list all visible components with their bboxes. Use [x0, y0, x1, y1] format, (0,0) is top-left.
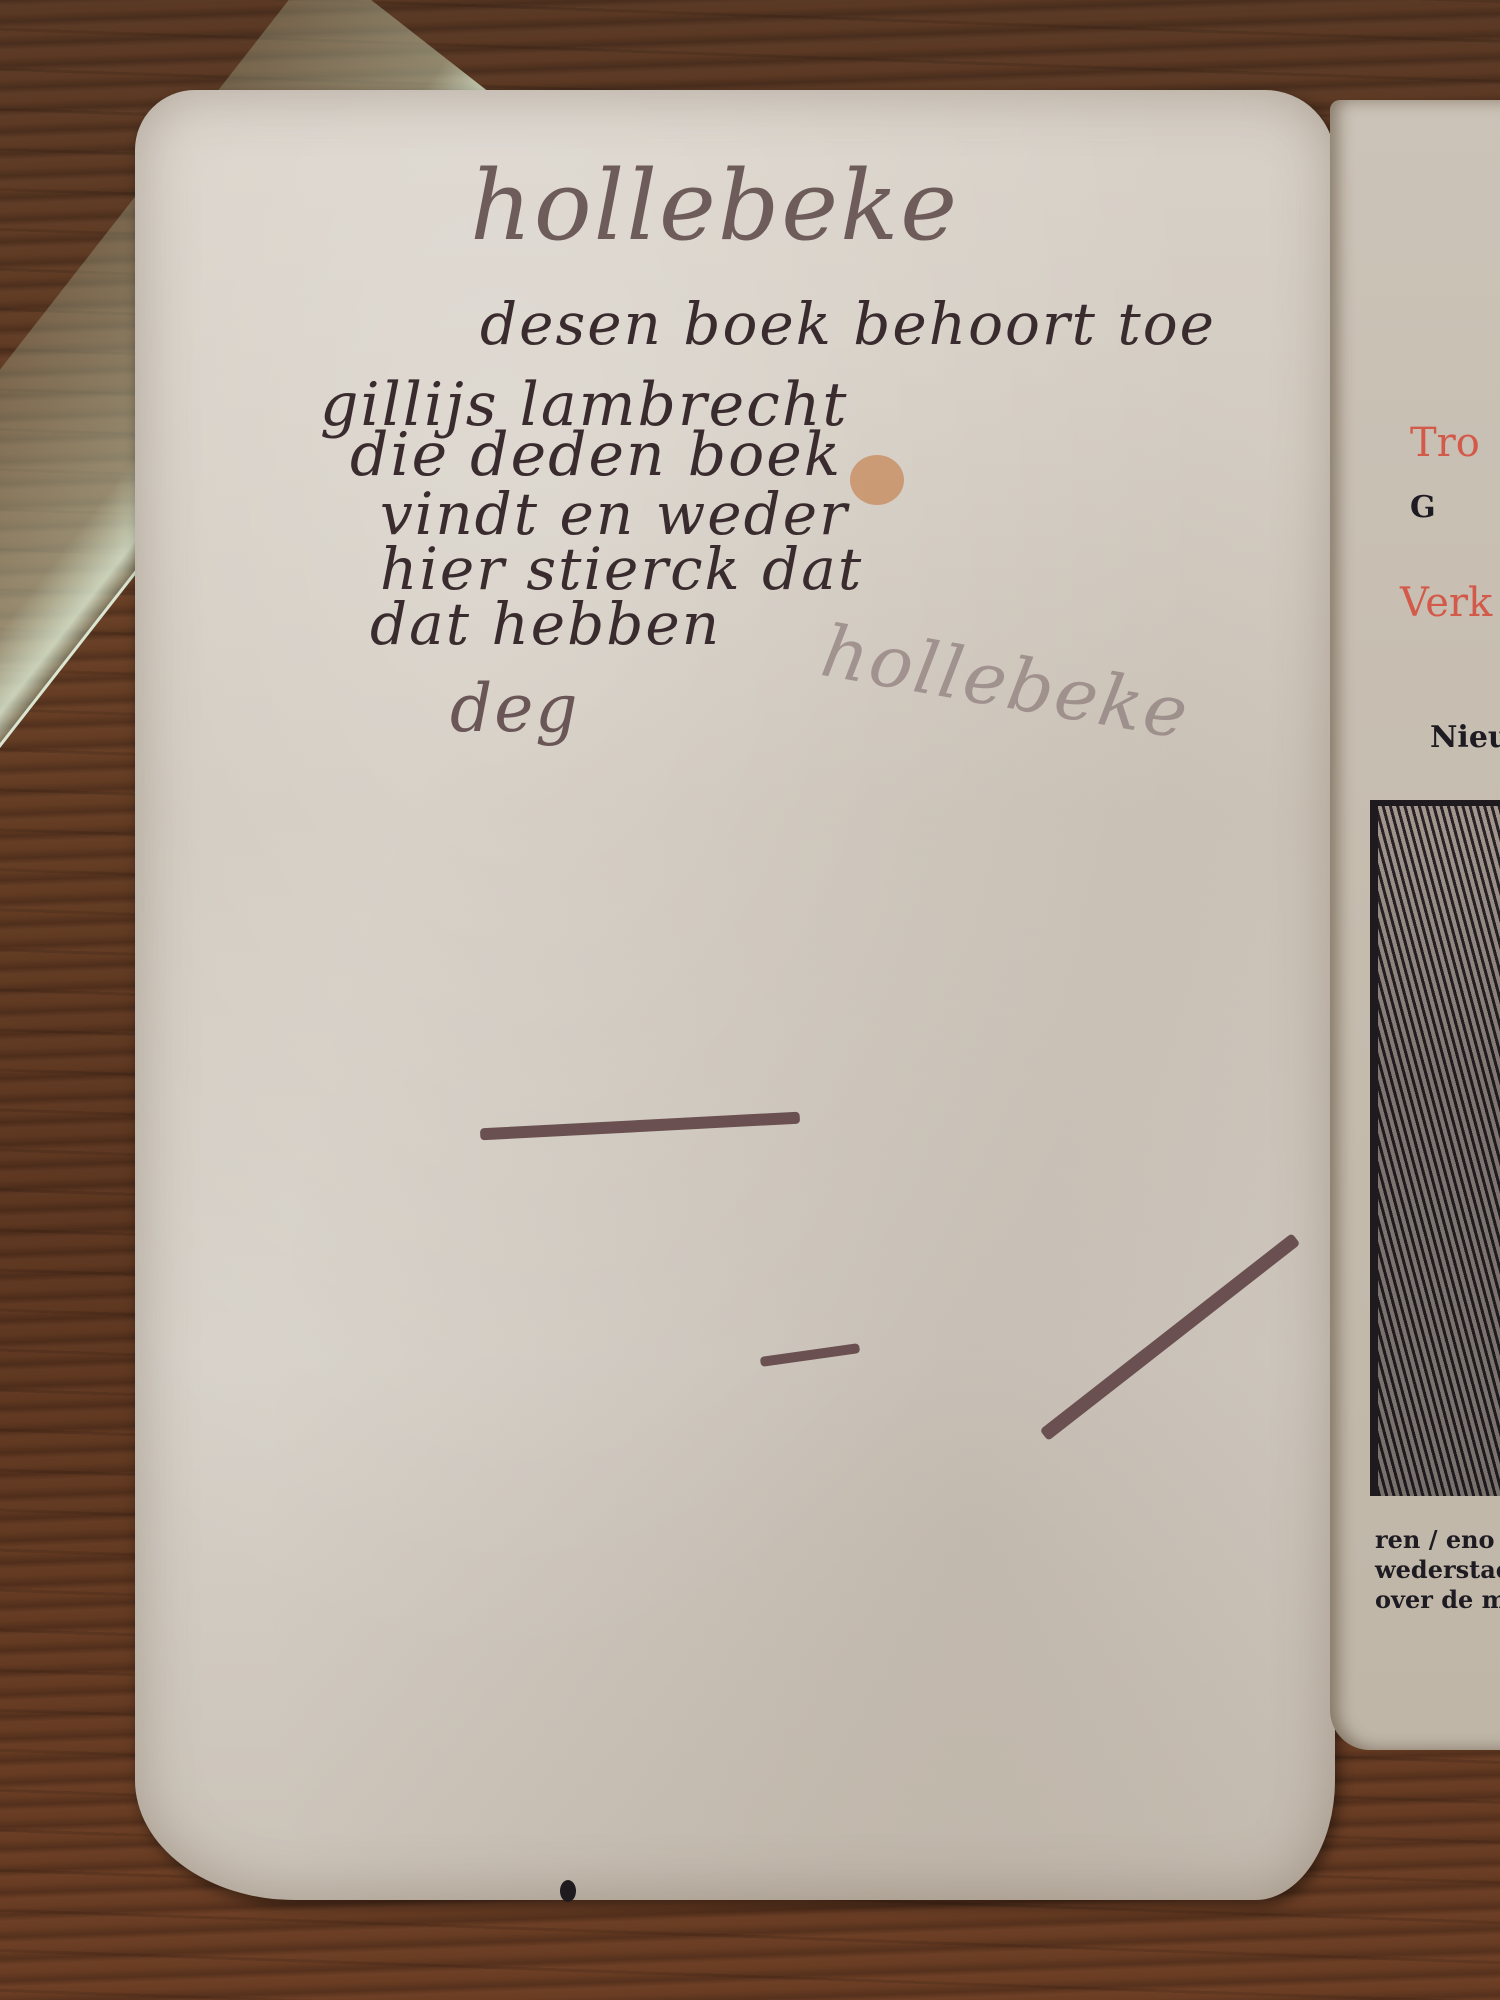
vellum-cover-page: [135, 90, 1335, 1900]
printed-black-line-1: G: [1410, 490, 1436, 525]
printed-red-heading-1: Tro: [1410, 420, 1480, 466]
printed-footer-line-2: wederstae: [1375, 1555, 1500, 1584]
printed-red-heading-2: Verk: [1400, 580, 1492, 626]
title-inscription: hollebeke: [470, 150, 959, 262]
printed-footer-line-3: over de m: [1375, 1585, 1500, 1614]
printed-black-line-2: Nieu: [1430, 720, 1500, 755]
signature: deg: [450, 670, 580, 747]
printed-footer-line-1: ren / eno: [1375, 1525, 1495, 1554]
inscription-line-1: desen boek behoort toe: [480, 290, 1216, 358]
printed-title-page: Tro G Verk Nieu ren / eno wederstae over…: [1330, 100, 1500, 1750]
ink-dot: [560, 1880, 576, 1902]
orange-stain: [850, 455, 904, 505]
woodcut-illustration: [1370, 800, 1500, 1496]
inscription-line-6: dat hebben: [370, 590, 721, 658]
